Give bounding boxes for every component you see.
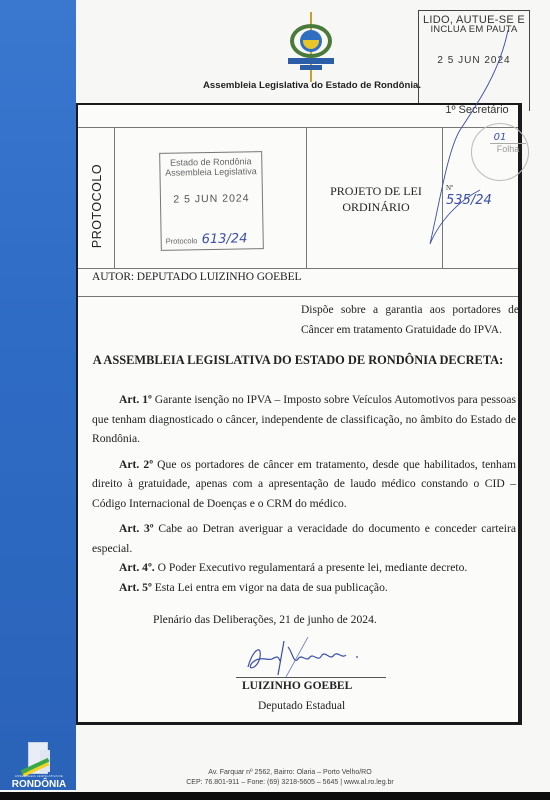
author-line: AUTOR: DEPUTADO LUIZINHO GOEBEL <box>92 271 301 283</box>
divider <box>306 127 307 268</box>
article-4: Art. 4º. O Poder Executivo regulamentará… <box>92 558 516 578</box>
protocol-number: 613/24 <box>202 231 248 247</box>
institution-title: Assembleia Legislativa do Estado de Rond… <box>202 80 422 91</box>
signature-icon <box>238 637 368 677</box>
ementa: Dispõe sobre a garantia aos portadores d… <box>301 300 519 340</box>
divider <box>78 296 518 297</box>
footer-address-line1: Av. Farquar nº 2562, Bairro: Olaria – Po… <box>160 768 420 778</box>
protocol-stamp-line2: Assembleia Legislativa <box>160 166 261 178</box>
place-date: Plenário das Deliberações, 21 de junho d… <box>153 613 377 626</box>
footer-logo-caption: ASSEMBLEIA LEGISLATIVA DE <box>6 774 72 778</box>
article-1: Art. 1º Garante isenção no IPVA – Impost… <box>92 390 516 449</box>
footer-logo-name: RONDÔNIA <box>4 779 74 790</box>
article-3: Art. 3º Cabe ao Detran averiguar a verac… <box>92 519 516 558</box>
footer-logo: ASSEMBLEIA LEGISLATIVA DE RONDÔNIA <box>8 740 68 792</box>
footer-address: Av. Farquar nº 2562, Bairro: Olaria – Po… <box>160 768 420 788</box>
article-2: Art. 2º Que os portadores de câncer em t… <box>92 455 516 514</box>
footer-address-line2: CEP: 76.801-911 – Fone: (69) 3218-5605 –… <box>160 778 420 788</box>
bottom-edge <box>0 792 550 800</box>
enacting-clause: A ASSEMBLEIA LEGISLATIVA DO ESTADO DE RO… <box>78 353 518 368</box>
articles: Art. 1º Garante isenção no IPVA – Impost… <box>92 390 516 597</box>
state-coat-of-arms-icon <box>286 12 336 82</box>
signer-role: Deputado Estadual <box>258 700 345 712</box>
protocol-stamp-date: 2 5 JUN 2024 <box>161 192 262 206</box>
left-blue-stripe <box>0 0 76 790</box>
divider <box>78 268 518 269</box>
secretary-signature-icon <box>420 20 520 250</box>
signature-line <box>236 677 386 678</box>
protocol-stamp-label: Protocolo <box>166 236 198 246</box>
divider <box>114 127 115 268</box>
signer-name: LUIZINHO GOEBEL <box>242 680 352 692</box>
article-5: Art. 5º Esta Lei entra em vigor na data … <box>92 578 516 598</box>
protocol-stamp: Estado de Rondônia Assembleia Legislativ… <box>159 151 264 251</box>
protocol-label: PROTOCOLO <box>82 141 112 271</box>
